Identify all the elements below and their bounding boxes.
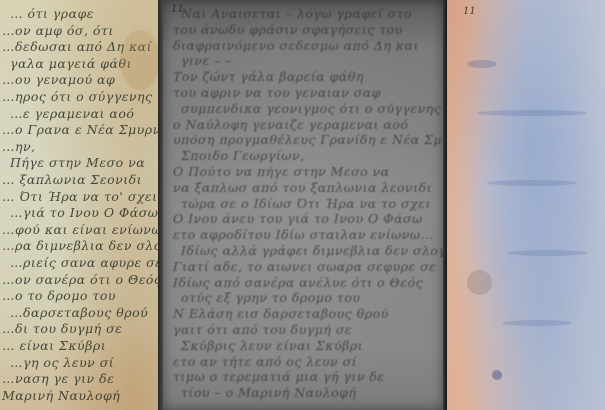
handwritten-line: …ην, <box>2 139 36 154</box>
handwritten-line: …ρα διμνεβλια δεν σλογ <box>2 238 158 253</box>
handwritten-line: του αφριν να του γεναιαν σαφ <box>173 85 381 100</box>
handwritten-line: γαλα μαγειά φάθι <box>10 56 132 71</box>
handwritten-line: Τον ζώντ γάλα βαρεία φάθη <box>173 69 364 84</box>
handwritten-line: Μαρινή Ναυλοφή <box>2 388 120 403</box>
handwritten-line: …δαρσεταβους θρού <box>10 305 148 320</box>
handwritten-line: ετο αφροδίτου Ιδίω σταιλαν ενίωνω… <box>173 227 434 242</box>
handwritten-line: διαφραινόμενο σεδεσμω από Δη και <box>173 38 419 53</box>
handwritten-line: Γιατί αδε, το αιωνει σωαρα σεφυρε σε <box>173 259 436 274</box>
handwritten-line: …ναση γε γιν δε <box>2 371 114 386</box>
manuscript-panel-multispectral: 11 <box>447 0 605 410</box>
handwritten-line: …ηρος ότι ο σύγγενης <box>2 89 153 104</box>
faded-ink-trace <box>477 110 587 116</box>
handwritten-line: …ου γεναμού αφ <box>2 72 115 87</box>
handwritten-line: … Ότι Ήρα να το' σχει <box>2 189 158 204</box>
handwritten-line: Ο Ινου άνευ του γιά το Ινου Ο Φάσω <box>173 211 423 226</box>
faded-ink-trace <box>487 180 577 186</box>
handwritten-line: Ναι Αναισεται – λόγω γραφεί στο <box>181 6 412 21</box>
handwritten-line: …ριείς σανα αφυρε σε <box>10 255 158 270</box>
faded-ink-trace <box>467 60 497 68</box>
handwritten-line: …γη ος λευν σί <box>10 355 114 370</box>
manuscript-panel-color: … ότι γραφε…ον αμφ όσ, ότι…δεδωσαι από Δ… <box>0 0 158 410</box>
handwritten-line: Ν Ελάση εισ δαρσεταβους θρού <box>173 306 389 321</box>
handwritten-line: …ο Γρανα ε Νέα Σμυρνη <box>2 122 158 137</box>
handwritten-line: να ξαπλωσ από του ξαπλωνια λεονιδι <box>173 180 432 195</box>
handwritten-line: τώρα σε ο Ιδίωσ Ότι Ήρα να το σχει <box>181 196 431 211</box>
handwritten-line: …ο το δρομο του <box>2 288 116 303</box>
handwritten-line: ο Ναύλοφη γεναιζε γεραμεναι αοό <box>173 117 408 132</box>
handwritten-line: του άνωδυ φράσιν σφαγήσεις του <box>173 22 403 37</box>
faded-ink-trace <box>507 250 587 256</box>
paper-stain <box>120 30 158 90</box>
handwritten-line: Σποιδο Γεωργίων, <box>181 148 305 163</box>
handwritten-line: οτύς εξ γρην το δρομο του <box>181 290 360 305</box>
handwritten-line: …φού και είναι ενίωνω… <box>2 222 158 237</box>
handwritten-line: γινε – – <box>181 53 232 68</box>
handwritten-line: Σκύβρις λευν είναι Σκύβρι <box>181 338 363 353</box>
handwritten-line: …δι του δυγμή σε <box>2 321 122 336</box>
manuscript-panel-grayscale: 11 Ναι Αναισεται – λόγω γραφεί στοτου άν… <box>163 0 443 410</box>
handwritten-line: Ιδίως από σανέρα ανέλυε ότι ο Θεός <box>173 275 423 290</box>
handwritten-line: …ον σανέρα ότι ο Θεός <box>2 272 158 287</box>
handwritten-line: Πήγε στην Μεσο να <box>10 155 145 170</box>
faded-ink-trace <box>502 320 572 326</box>
handwritten-line: … ότι γραφε <box>10 6 94 21</box>
handwritten-line: …ε γεραμεναι αοό <box>10 106 134 121</box>
handwritten-line: τίου – ο Μαρινή Ναυλοφή <box>181 385 356 400</box>
handwritten-line: Ο Πούτο να πήγε στην Μεσο να <box>173 164 390 179</box>
handwritten-line: …ον αμφ όσ, ότι <box>2 23 114 38</box>
handwritten-line: …γιά το Ινου Ο Φάσω <box>10 205 158 220</box>
handwritten-line: τιμω ο τερεματιά μια γή γιν δε <box>173 369 385 384</box>
handwritten-line: Ιδίως αλλά γράφει διμνεβλια δεν σλογ <box>181 243 443 258</box>
handwritten-line: συμπενδικα γεονιγμος ότι ο σύγγενης <box>181 101 441 116</box>
page-number: 11 <box>463 6 476 17</box>
handwritten-line: … ξαπλωνια Σεονιδι <box>2 172 142 187</box>
handwritten-line: υπόση προγμαθέλευς Γρανίδη ε Νέα Σμυρνη <box>173 132 443 147</box>
handwritten-line: γαιτ ότι από του δυγμή σε <box>173 322 352 337</box>
handwritten-line: ετο αν τήτε από ος λευν σί <box>173 354 357 369</box>
ink-spot <box>492 370 502 380</box>
handwritten-line: … είναι Σκύβρι <box>2 338 106 353</box>
paper-stain <box>467 270 492 295</box>
